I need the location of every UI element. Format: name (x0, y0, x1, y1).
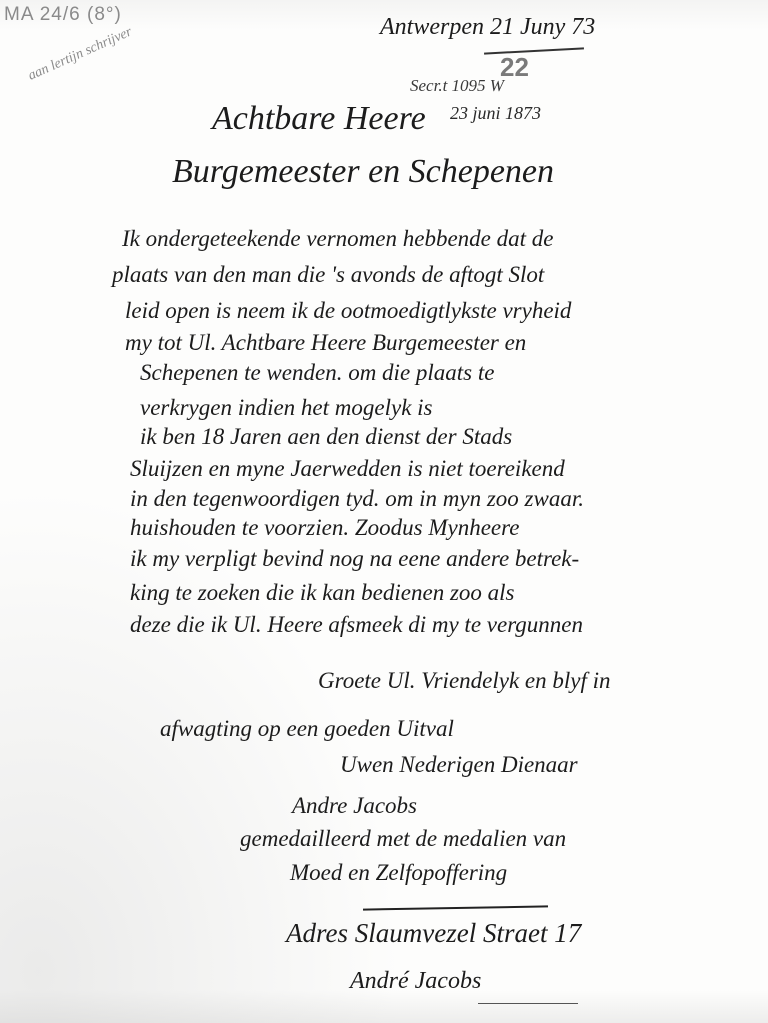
letter-page: MA 24/6 (8°) aan lertijn schrijver Antwe… (0, 0, 768, 1023)
body-line: Ik ondergeteekende vernomen hebbende dat… (122, 226, 553, 252)
dateline: Antwerpen 21 Juny 73 (380, 14, 595, 41)
salutation-line-1: Achtbare Heere (212, 100, 426, 138)
body-line: verkrygen indien het mogelyk is (140, 395, 433, 421)
signature-flourish (478, 1003, 578, 1004)
body-line: ik my verpligt bevind nog na eene andere… (130, 546, 579, 572)
body-line: in den tegenwoordigen tyd. om in myn zoo… (130, 486, 584, 512)
address-line: Adres Slaumvezel Straet 17 (286, 918, 581, 949)
body-line: ik ben 18 Jaren aen den dienst der Stads (140, 424, 512, 450)
closing-awaiting: afwagting op een goeden Uitval (160, 716, 454, 742)
folio-rule (484, 47, 584, 54)
body-line: king te zoeken die ik kan bedienen zoo a… (130, 580, 515, 606)
closing-servant: Uwen Nederigen Dienaar (340, 752, 578, 778)
registry-note: Secr.t 1095 W (410, 76, 504, 96)
body-line: plaats van den man die 's avonds de afto… (112, 262, 544, 288)
margin-note: aan lertijn schrijver (26, 24, 135, 84)
body-line: leid open is neem ik de ootmoedigtlykste… (125, 298, 571, 324)
archive-reference: MA 24/6 (8°) (4, 4, 122, 26)
signature-rule (363, 905, 548, 910)
body-line: my tot Ul. Achtbare Heere Burgemeester e… (125, 330, 526, 356)
closing-decoration-2: Moed en Zelfopoffering (290, 860, 507, 886)
body-line: Schepenen te wenden. om die plaats te (140, 360, 494, 386)
folio-number: 22 (500, 52, 529, 83)
closing-decoration: gemedailleerd met de medalien van (240, 826, 566, 852)
salutation-line-2: Burgemeester en Schepenen (172, 153, 554, 191)
signature: André Jacobs (350, 968, 481, 995)
body-line: huishouden te voorzien. Zoodus Mynheere (130, 515, 519, 541)
body-line: Sluijzen en myne Jaerwedden is niet toer… (130, 456, 565, 482)
closing-name: Andre Jacobs (292, 793, 417, 819)
closing-greeting: Groete Ul. Vriendelyk en blyf in (318, 668, 611, 694)
body-line: deze die ik Ul. Heere afsmeek di my te v… (130, 612, 583, 638)
received-date: 23 juni 1873 (450, 103, 541, 124)
